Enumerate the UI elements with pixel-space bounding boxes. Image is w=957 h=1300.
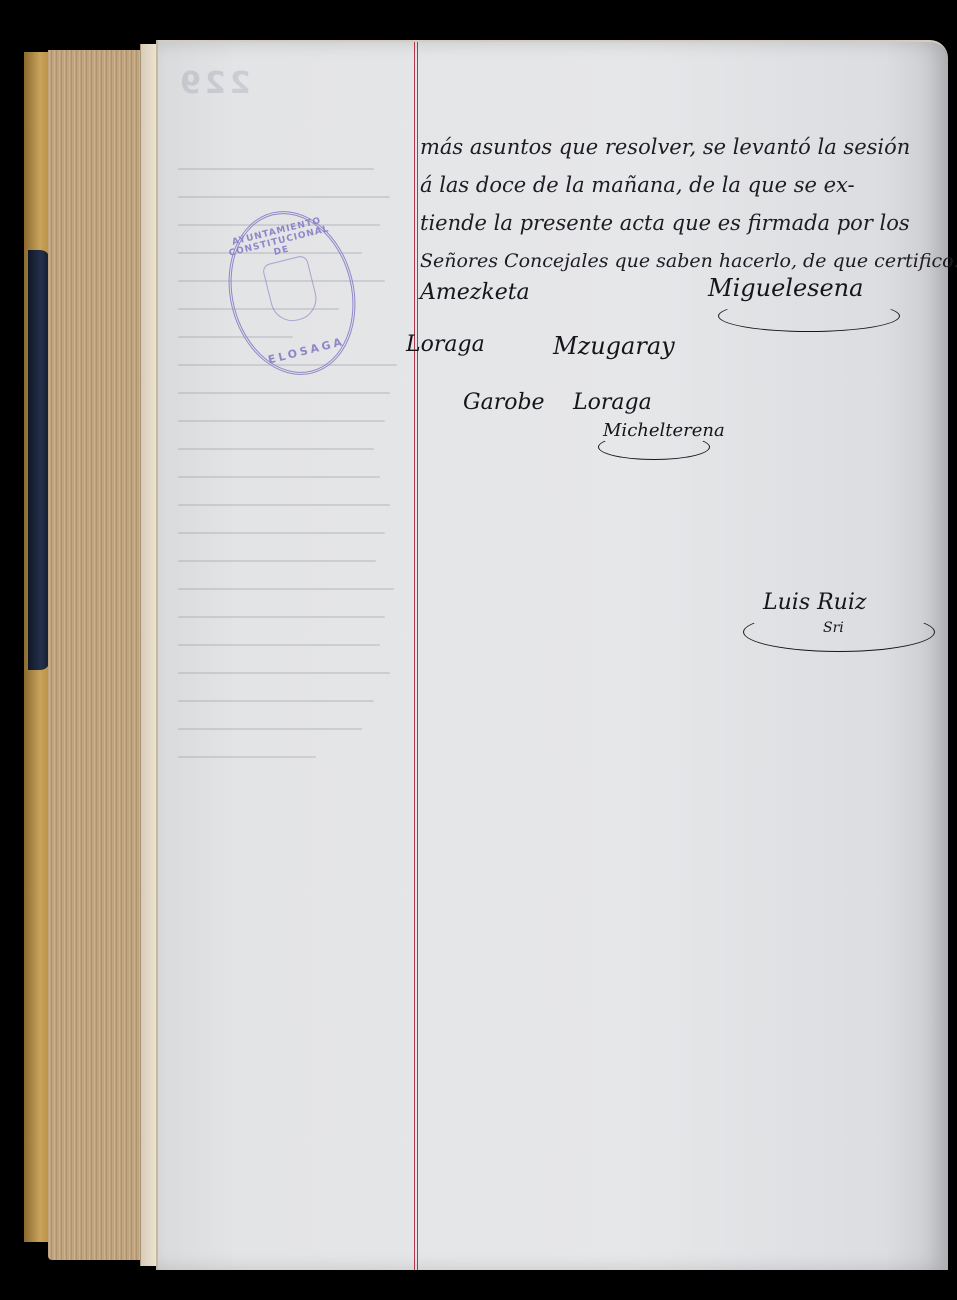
signature-flourish (743, 612, 935, 652)
minutes-line: más asuntos que resolver, se levantó la … (420, 128, 940, 166)
signature-garobe: Garobe (463, 390, 545, 415)
signature-amezketa: Amezketa (420, 280, 530, 305)
signature-flourish (598, 434, 710, 460)
signature-loraga-2: Loraga (573, 390, 652, 415)
page-number-bleed-through: 229 (176, 66, 251, 101)
red-margin-line (414, 42, 418, 1270)
signature-miguelesena: Miguelesena (708, 274, 863, 302)
signature-loraga-1: Loraga (406, 332, 485, 357)
signature-flourish (718, 300, 900, 332)
ledger-page: 229 AYUNTAMIENTO CONSTITUCIONAL DE ELOSA… (156, 40, 948, 1270)
book-cover-dark-strip (28, 250, 50, 670)
minutes-text: más asuntos que resolver, se levantó la … (420, 128, 940, 280)
minutes-line: tiende la presente acta que es firmada p… (420, 204, 940, 242)
page-block-edges (48, 50, 148, 1260)
coat-of-arms-icon (261, 254, 321, 325)
minutes-line: á las doce de la mañana, de la que se ex… (420, 166, 940, 204)
signature-mzugaray: Mzugaray (553, 332, 675, 360)
